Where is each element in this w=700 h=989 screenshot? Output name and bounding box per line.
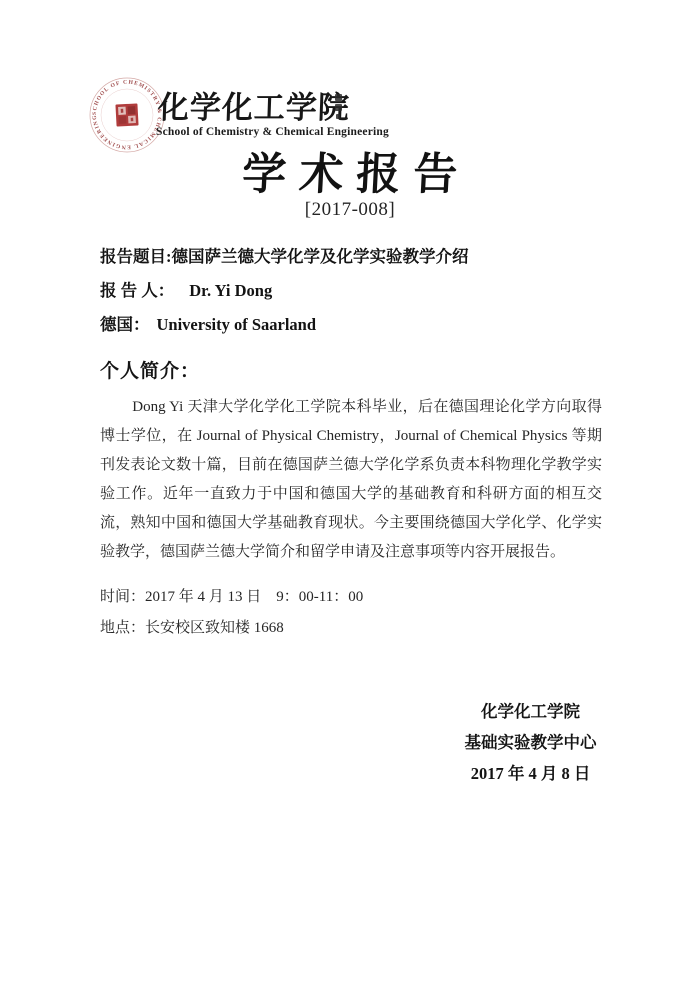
affiliation-value: University of Saarland <box>157 315 317 334</box>
college-name-english: School of Chemistry & Chemical Engineeri… <box>156 126 389 138</box>
report-meta: 报告题目:德国萨兰德大学化学及化学实验教学介绍 报 告 人：Dr. Yi Don… <box>100 240 610 342</box>
college-name-calligraphy: 化学化工学院 <box>157 82 351 127</box>
page-title: 学术报告 <box>0 138 700 202</box>
calligraphy-signature-mark <box>335 94 343 122</box>
time-line: 时间：2017 年 4 月 13 日 9：00-11：00 <box>100 582 560 613</box>
signature-org-line: 化学化工学院 <box>462 696 599 727</box>
affiliation-line: 德国：University of Saarland <box>100 308 610 342</box>
signature-center-line: 基础实验教学中心 <box>462 727 599 758</box>
location-line: 地点：长安校区致知楼 1668 <box>100 613 560 644</box>
report-title-line: 报告题目:德国萨兰德大学化学及化学实验教学介绍 <box>100 240 610 274</box>
seal-stamp <box>115 103 138 126</box>
speaker-name: Dr. Yi Dong <box>189 281 272 300</box>
signature-date-line: 2017 年 4 月 8 日 <box>462 758 599 789</box>
schedule-section: 时间：2017 年 4 月 13 日 9：00-11：00 地点：长安校区致知楼… <box>100 582 560 644</box>
affiliation-label: 德国： <box>100 315 150 334</box>
signature-block: 化学化工学院 基础实验教学中心 2017 年 4 月 8 日 <box>462 696 599 789</box>
speaker-line: 报 告 人：Dr. Yi Dong <box>100 274 610 308</box>
issue-number: [2017-008] <box>0 199 700 221</box>
bio-heading: 个人简介： <box>100 356 602 383</box>
bio-paragraph: Dong Yi 天津大学化学化工学院本科毕业，后在德国理论化学方向取得博士学位，… <box>100 393 602 567</box>
document-page: SCHOOL OF CHEMISTRY & CHEMICAL ENGINEERI… <box>0 0 700 989</box>
speaker-label: 报 告 人： <box>100 281 174 300</box>
bio-section: 个人简介： Dong Yi 天津大学化学化工学院本科毕业，后在德国理论化学方向取… <box>100 356 602 567</box>
